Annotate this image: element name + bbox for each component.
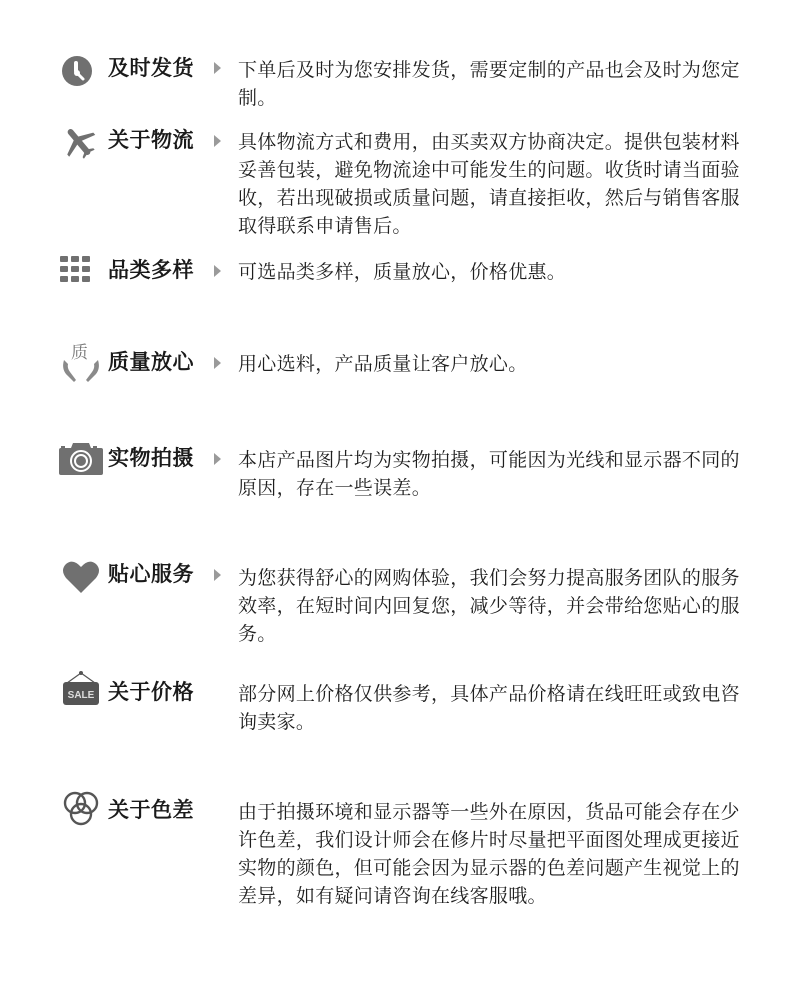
sale-sign-icon: SALE: [62, 670, 102, 710]
item-title: 质量放心: [108, 348, 194, 376]
airplane-icon: [60, 124, 100, 164]
item-description: 部分网上价格仅供参考，具体产品价格请在线旺旺或致电咨询卖家。: [238, 680, 743, 736]
arrow-right-icon: [214, 62, 221, 74]
clock-icon: [60, 54, 100, 94]
arrow-right-icon: [214, 135, 221, 147]
item-description: 下单后及时为您安排发货，需要定制的产品也会及时为您定制。: [238, 56, 743, 112]
arrow-right-icon: [214, 357, 221, 369]
item-title: 实物拍摄: [108, 444, 194, 472]
grid-icon: [60, 256, 100, 296]
item-title: 关于色差: [108, 796, 194, 824]
sale-label: SALE: [68, 690, 95, 701]
item-description: 由于拍摄环境和显示器等一些外在原因，货品可能会存在少许色差，我们设计师会在修片时…: [238, 798, 743, 910]
item-description: 为您获得舒心的网购体验，我们会努力提高服务团队的服务效率，在短时间内回复您，减少…: [238, 564, 743, 648]
color-circles-icon: [62, 790, 102, 830]
item-description: 本店产品图片均为实物拍摄，可能因为光线和显示器不同的原因，存在一些误差。: [238, 446, 743, 502]
item-title: 贴心服务: [108, 560, 194, 588]
arrow-right-icon: [214, 453, 221, 465]
quality-hands-icon: 质: [58, 338, 104, 384]
arrow-right-icon: [214, 569, 221, 581]
heart-icon: [62, 560, 102, 594]
item-description: 具体物流方式和费用，由买卖双方协商决定。提供包装材料妥善包装，避免物流途中可能发…: [238, 128, 743, 240]
quality-char: 质: [71, 343, 88, 363]
item-description: 用心选料，产品质量让客户放心。: [238, 350, 743, 378]
item-description: 可选品类多样，质量放心，价格优惠。: [238, 258, 743, 286]
item-title: 及时发货: [108, 54, 194, 82]
item-title: 关于物流: [108, 126, 194, 154]
item-title: 品类多样: [108, 256, 194, 284]
camera-icon: [59, 442, 105, 478]
arrow-right-icon: [214, 265, 221, 277]
item-title: 关于价格: [108, 678, 194, 706]
